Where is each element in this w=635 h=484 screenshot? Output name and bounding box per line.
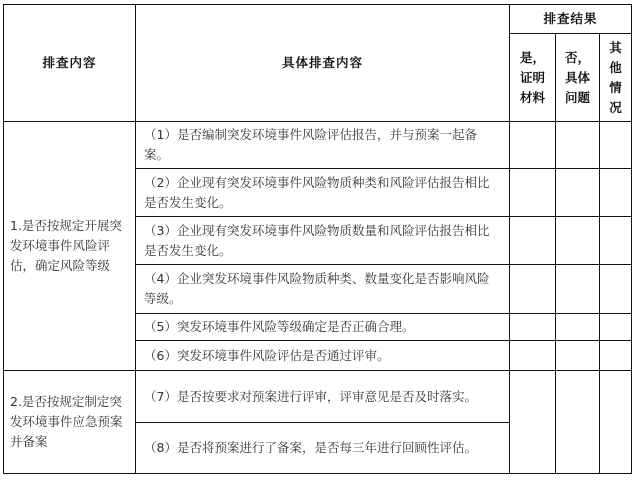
header-text: 否，: [556, 48, 599, 68]
header-text: 况: [600, 98, 631, 118]
result-no-cell[interactable]: [556, 371, 600, 474]
header-text: 材料: [510, 88, 555, 108]
result-yes-cell[interactable]: [510, 122, 556, 169]
check-item: （6）突发环境事件风险评估是否通过评审。: [136, 341, 510, 371]
check-item: （7）是否按要求对预案进行评审，评审意见是否及时落实。: [136, 371, 510, 423]
check-item: （4）企业突发环境事件风险物质种类、数量变化是否影响风险等级。: [136, 265, 510, 314]
check-item: （2）企业现有突发环境事件风险物质种类和风险评估报告相比是否发生变化。: [136, 169, 510, 217]
result-other-cell[interactable]: [600, 314, 632, 341]
check-item: （8）是否将预案进行了备案，是否每三年进行回顾性评估。: [136, 423, 510, 474]
result-yes-cell[interactable]: [510, 265, 556, 314]
result-other-cell[interactable]: [600, 265, 632, 314]
header-result-group: 排查结果: [510, 5, 632, 34]
header-text: 是，: [510, 48, 555, 68]
header-text: 具体: [556, 68, 599, 88]
result-no-cell[interactable]: [556, 314, 600, 341]
table-row: 1.是否按规定开展突发环境事件风险评估，确定风险等级 （1）是否编制突发环境事件…: [4, 122, 632, 169]
result-no-cell[interactable]: [556, 217, 600, 265]
result-no-cell[interactable]: [556, 169, 600, 217]
header-result-other: 其 他 情 况: [600, 34, 632, 122]
inspection-checklist-table: 排查内容 具体排查内容 排查结果 是， 证明 材料 否， 具体 问题 其 他 情…: [3, 4, 632, 474]
header-detail: 具体排查内容: [136, 5, 510, 122]
header-text: 其: [600, 38, 631, 58]
result-other-cell[interactable]: [600, 122, 632, 169]
header-text: 问题: [556, 88, 599, 108]
result-no-cell[interactable]: [556, 122, 600, 169]
result-no-cell[interactable]: [556, 265, 600, 314]
header-text: 情: [600, 78, 631, 98]
table-row: 2.是否按规定制定突发环境事件应急预案并备案 （7）是否按要求对预案进行评审，评…: [4, 371, 632, 423]
header-text: 他: [600, 58, 631, 78]
section-category: 1.是否按规定开展突发环境事件风险评估，确定风险等级: [4, 122, 136, 371]
header-text: 证明: [510, 68, 555, 88]
section-category: 2.是否按规定制定突发环境事件应急预案并备案: [4, 371, 136, 474]
result-yes-cell[interactable]: [510, 169, 556, 217]
header-result-yes: 是， 证明 材料: [510, 34, 556, 122]
check-item: （5）突发环境事件风险等级确定是否正确合理。: [136, 314, 510, 341]
result-other-cell[interactable]: [600, 371, 632, 474]
check-item: （3）企业现有突发环境事件风险物质数量和风险评估报告相比是否发生变化。: [136, 217, 510, 265]
result-other-cell[interactable]: [600, 217, 632, 265]
result-other-cell[interactable]: [600, 169, 632, 217]
check-item: （1）是否编制突发环境事件风险评估报告，并与预案一起备案。: [136, 122, 510, 169]
result-yes-cell[interactable]: [510, 217, 556, 265]
result-yes-cell[interactable]: [510, 314, 556, 341]
result-other-cell[interactable]: [600, 341, 632, 371]
result-yes-cell[interactable]: [510, 371, 556, 474]
result-no-cell[interactable]: [556, 341, 600, 371]
result-yes-cell[interactable]: [510, 341, 556, 371]
header-category: 排查内容: [4, 5, 136, 122]
header-result-no: 否， 具体 问题: [556, 34, 600, 122]
